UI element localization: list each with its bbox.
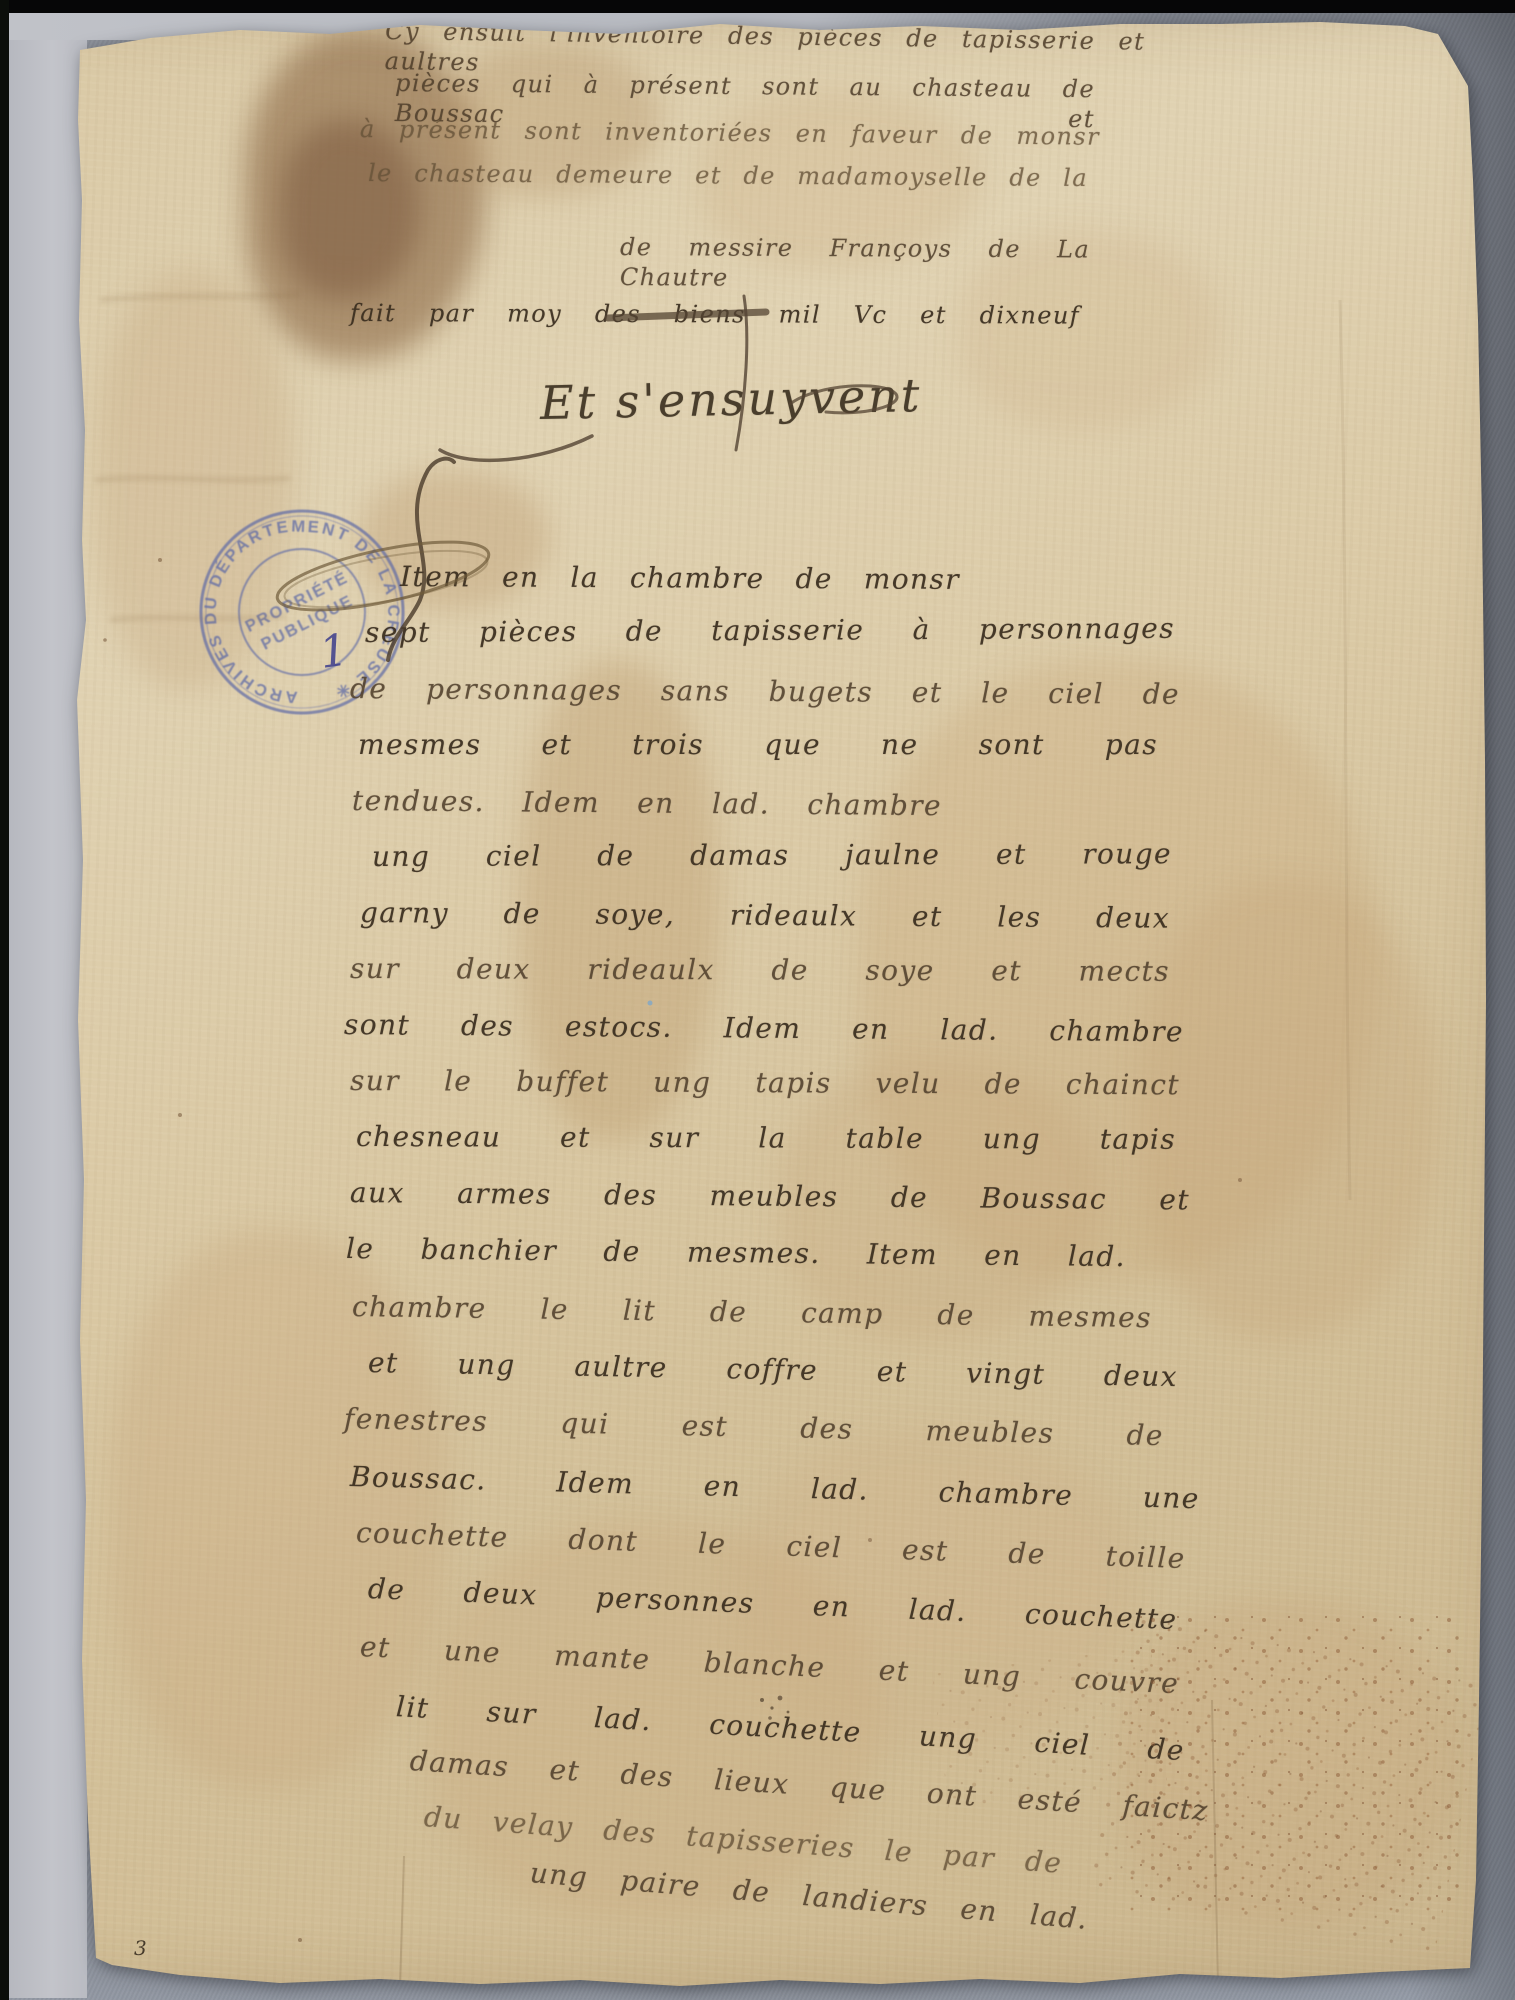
manuscript-line: chesneau et sur la table ung tapis [356,1120,1176,1157]
paper-shadow-wrap: ARCHIVES DU DÉPARTEMENT DE LA CREUSE ✳ P… [0,0,1515,2000]
manuscript-line: et ung aultre coffre et vingt deux [368,1346,1178,1394]
manuscript-line: Item en la chambre de monsr [400,560,960,597]
manuscript-line: le banchier de mesmes. Item en lad. [346,1232,1126,1274]
section-heading: Et s'ensuyvent [539,368,922,430]
manuscript-line: fenestres qui est des meubles de [344,1402,1165,1453]
manuscript-line: sur le buffet ung tapis velu de chainct [350,1064,1180,1102]
scan-border-left [0,0,9,2000]
manuscript-line: sont des estocs. Idem en lad. chambre [344,1008,1184,1049]
manuscript-line: sur deux rideaulx de soye et mects [350,952,1170,989]
folio-mark: 3 [134,1936,147,1960]
manuscript-line: ung ciel de damas jaulne et rouge [372,837,1172,874]
manuscript-line: mesmes et trois que ne sont pas [358,728,1158,762]
manuscript-line: sept pièces de tapisserie à personnages [365,612,1175,650]
stain-blob [1140,880,1440,1340]
manuscript-line: de personnages sans bugets et le ciel de [350,672,1180,712]
archival-scan: ARCHIVES DU DÉPARTEMENT DE LA CREUSE ✳ P… [0,0,1515,2000]
manuscript-line: de messire Françoys de La Chautre [620,232,1090,294]
manuscript-line: fait par moy des biens mil Vc et dixneuf [350,298,1080,331]
manuscript-line: garny de soye, rideaulx et les deux [360,896,1170,936]
manuscript-paper: ARCHIVES DU DÉPARTEMENT DE LA CREUSE ✳ P… [0,0,1515,2000]
manuscript-line: le chasteau demeure et de madamoyselle d… [368,158,1088,193]
scan-border-top [0,0,1515,13]
manuscript-line: aux armes des meubles de Boussac et [350,1176,1190,1217]
manuscript-line: tendues. Idem en lad. chambre [352,784,942,823]
